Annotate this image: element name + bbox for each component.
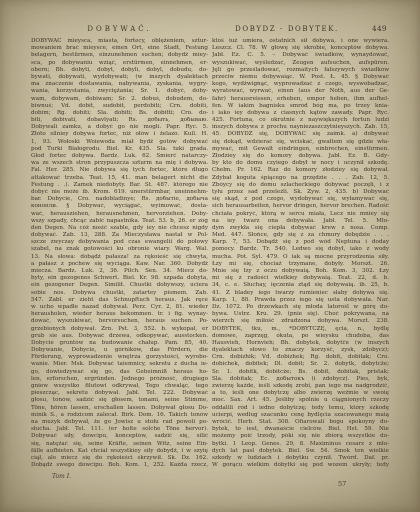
text-line: конопли. § Dobywać, wyciągać, wyimować, … (31, 203, 208, 210)
text-line: gniew wszystko filutowi odkrywał, Tego c… (31, 383, 208, 390)
text-line: minik S., a rodzicom zalecał. Birk. Dom.… (31, 412, 208, 419)
volume-label: Tom I. (52, 473, 71, 480)
text-line: wa ze wszech stron przypuszcza szturm na… (31, 160, 208, 167)
text-line: go, dowiedzywać się go, das Geheimniß he… (31, 369, 208, 376)
text-line: Sr. 1. dobitk, dobitcže; Bs. dobit, dobi… (212, 369, 389, 376)
text-line: Karp. 7, 53. Dobądź się z pod wód Neptun… (212, 239, 389, 246)
text-line: Förderung, wyprowadzenie wnętrza gorzyst… (31, 354, 208, 361)
text-line: sobie nos. Dobywa chustki, zatartey pism… (31, 290, 208, 297)
text-line: ucierpi, według szacunku cenę bydlęcia s… (212, 412, 389, 419)
text-line: 13. Na słowa: dobądź pałasza! za rękoieś… (31, 254, 208, 261)
text-line: obern; Bh. dobyti, dobyt, dobyli, dobyl,… (31, 67, 208, 74)
text-line: Złodziey się do komory dobywa. Jabł. Ez.… (212, 153, 389, 160)
text-line: się, natężać się, seine Kräfte, seinen W… (31, 441, 208, 448)
text-line: Leszcz. Cl. 78. W głowę się skrobie, kon… (212, 45, 389, 52)
text-line: wam, dobywam, dobiwam; Sr. 2. dobuś, dob… (31, 96, 208, 103)
text-line: 425. Fortuna, co okrutnie z naywiększych… (212, 117, 389, 124)
text-line: dobichek, dobitek; Dl. dobit; Sr. 2. dob… (212, 361, 389, 368)
right-column: ktoś iuż umiera, ostatnich sił dobywa, i… (212, 38, 389, 469)
text-line: mi się z radości wielkiey dobywaią. Teat… (212, 275, 389, 282)
text-line: bywati, dobýwati, wydobywati; (w inszych… (31, 74, 208, 81)
text-line: domowe, zaprzęg, okuta, po wieysku chudo… (212, 333, 389, 340)
text-line: dym zwykła się ciepła dobywać krew z nos… (212, 225, 389, 232)
text-line: W gorącu wielkim dobytki się pod wozem u… (212, 462, 389, 469)
text-line: na iey twarz ona dobywała. Jabł. Tel. 5.… (212, 218, 389, 225)
text-line: pieszcząc, sekretu dobywał. Jabł. Tel. 2… (31, 390, 208, 397)
text-line: Dobywanie, Dobycie, u górników, das Förd… (31, 347, 208, 354)
text-line: dować, wyszukiwać, hervorsuchen, heraus … (31, 318, 208, 325)
page-number: 449 (372, 25, 387, 33)
text-line: wanie. Mier. Msk. Dobywać taiemnicy, sek… (31, 361, 208, 368)
text-line: i iako iey dobywa z ciasnych kątów zawad… (212, 110, 389, 117)
text-columns: DOBYWAĆ mieysca, miasta, fortecy, oblęże… (31, 38, 389, 469)
text-line: by kto do domu czyiego dobył w nocy i uc… (212, 160, 389, 167)
text-line: wania, korzystania, zwyciężania; Sr. 1. … (31, 88, 208, 95)
text-line: Zdybał koguta śpiącego na grzędzie . . .… (212, 175, 389, 182)
text-line: den Degen. Na cóż nosić szable, gdy iey … (31, 225, 208, 232)
text-line: moc. Sax. Art. 45. Jeśliby spólnie u cią… (212, 397, 389, 404)
text-line: mywać, mit Gewalt eindringen, einbrechen… (212, 146, 389, 153)
text-line: ktoś iuż umiera, ostatnich sił dobywa, i… (212, 38, 389, 45)
text-line: Crn. dobizhik; Vd. dobizhek; Rg. dobit, … (212, 354, 389, 361)
text-line: Zbóycy się do domu szlacheckiego dobywać… (212, 182, 389, 189)
text-line: bar. Dobycie, Cro. nadobladinye; Rs. доб… (31, 196, 208, 203)
text-line: grzebionych dobywał. Zrn. Pst. 3, 552. b… (31, 326, 208, 333)
running-title-right: DOBYDZ - DOBYTEK. (212, 25, 362, 33)
text-line: zwierzę każde, ieśli szkodę zrobi, pan i… (212, 383, 389, 390)
text-line: wszy szpady, chcąc zabić napastnika. Tea… (31, 218, 208, 225)
text-line: Dobywali zamku, a dobyć go nie mogli. Pa… (31, 124, 208, 131)
text-line: len, erforschen, ergründen. Jednego próż… (31, 376, 208, 383)
text-line: 45. DOBYDZ się, DOBYWAĆ się zaimk. a) do… (212, 131, 389, 138)
text-line: bywa. Ustrz. Kru. 29. (pnie się). Choć p… (212, 311, 389, 318)
text-line: Mnie się łzy z oczu dobywaią. Boh. Kom. … (212, 268, 389, 275)
scanned-dictionary-page: DOBYWAĆ. DOBYDZ - DOBYTEK. 449 DOBYWAĆ m… (0, 0, 420, 512)
text-line: fen. W iakim bagnisku smród bóg ma, po t… (212, 103, 389, 110)
text-line: wyratować, wyrwać, einen (aus der Noth, … (212, 88, 389, 95)
text-line: szcze zwyczay dobywania pod czas ewangel… (31, 239, 208, 246)
text-line: się dokąd, wdzierać się, wciskać, gwałte… (212, 139, 389, 146)
text-line: mucha. Pot. Syl. 479. O iak są mocne prz… (212, 254, 389, 261)
text-line: dobim; Rg. dobiti; Sla. dobiti; Bs. dobi… (31, 110, 208, 117)
text-line: sca, po dobywaniu wziąć, erstürmen, einn… (31, 60, 208, 67)
text-line: Dz. 1072. Po drzewkach się młoda latoroś… (212, 304, 389, 311)
text-line: wyszukiwać, wyśledzać, Zeugen aufsuchen,… (212, 60, 389, 67)
text-line: Dobycie gruntów na budowanie chałup. Pam… (31, 340, 208, 347)
text-line: inszych dobywa z prochu nayniezaszczytni… (212, 124, 389, 131)
text-line: wierzch się miłość zdradzona dobywa. Mor… (212, 318, 389, 325)
text-line: sich herausarbeiten, hervor dringen, her… (212, 203, 389, 210)
text-line: Dobądź swego dowcipu. Boh. Kom. 1, 252. … (31, 462, 208, 469)
text-line: Dobywać siły, dowcipu, konceptów, sadzić… (31, 433, 208, 440)
text-line: dyalektach słowo to znaczy korzyść, zysk… (212, 347, 389, 354)
sheet-signature: 57 (338, 480, 346, 488)
text-line: szabel, na znak gotowości ku obronie wia… (31, 246, 208, 253)
text-line: Hausvieh, Hornvieh; Bh. dobytek, dobytče… (212, 340, 389, 347)
text-line: herausholen, wieder heraus bekommen. tr.… (31, 311, 208, 318)
text-line: Töne, hören lassen, erschallen lassen. D… (31, 405, 208, 412)
text-line: chciała pokryć, którą w sercu miała, Lec… (212, 211, 389, 218)
text-line: dobyć nie może ib. Krom. 619. unerstürmb… (31, 189, 208, 196)
text-line: oddalili ród i iedno dobytczę; tedy temu… (212, 405, 389, 412)
text-line: grub sie aus. Dobywać drzewa, odkopywać,… (31, 333, 208, 340)
text-line: pod Turki Białogrodu. Biel. Kr. 435. Sla… (31, 146, 208, 153)
text-line: przeciw niemu dobywaiąc. W. Post. Ł. 45.… (212, 74, 389, 81)
text-line: Med. 447. Słońce, gdy się z za chmury do… (212, 232, 389, 239)
text-line: pomocy. Bardz. Tr. 540. Ledwo się dobył,… (212, 246, 389, 253)
text-line: bytek, to iest, dwanaście cielców. Biel.… (212, 426, 389, 433)
left-column: DOBYWAĆ mieysca, miasta, fortecy, oblęże… (31, 38, 208, 469)
text-line: fälle aufbieten. Kat chciał wszystkiey s… (31, 448, 208, 455)
text-line: fahr) herausreissen, erheben, empor hebe… (212, 96, 389, 103)
text-line: Fal. Her. 285. Nie dobywa się tych forte… (31, 167, 208, 174)
text-line: DOBYTEK, tku, m., *DOBYTCZĘ, ęcia, n., b… (212, 326, 389, 333)
text-line: ciął, ale miecz się do rękoieści skrzywi… (31, 455, 208, 462)
text-line: Festung . .). Zamek niedobyty. Bar. St. … (31, 182, 208, 189)
text-line: bytki. 1 Leop. Genes. 29, 8. Maximinus c… (212, 441, 389, 448)
text-line: Chełm. Pr. 162. Raz do komory złodziey s… (212, 167, 389, 174)
text-line: wać, herausziehen, herausnehmen, hervorz… (31, 211, 208, 218)
text-line: głosu, tonów, sadzić się głosem, tonami,… (31, 397, 208, 404)
text-line: biti, dobivati, dobavlyati; Rs. добыть, … (31, 117, 208, 124)
text-line: Łzy mi się, chociaż trzymane, dobyły. Mo… (212, 261, 389, 268)
text-line: a to, ieśli one dobytczę albo zwierzę we… (212, 390, 389, 397)
text-line: Sla. dobitak; Ec. добытокъ (i zdobycz). … (212, 376, 389, 383)
text-line: się skąd, z pod czego, wydobywać się, wy… (212, 196, 389, 203)
text-line: w ucho wpadłe nazad dobywał. Perz. Cyr. … (31, 304, 208, 311)
text-line: mowaniem brać mieysce, einen Ort, eine S… (31, 45, 208, 52)
text-line: belagern, bestürmen, einzunehmen suchen;… (31, 52, 208, 59)
running-head: DOBYWAĆ. DOBYDZ - DOBYTEK. 449 (31, 25, 389, 35)
text-line: attakować trzeba. Teat. 15, 41. man bela… (31, 175, 208, 182)
text-line: biwnuś; Vd. dobit, sudobit, perdobiti; C… (31, 103, 208, 110)
text-line: 41. Z bladey iego twarzy rumieniec słaby… (212, 290, 389, 297)
text-line: 1, 93. Wołoski Woiewoda miał bydź gotów … (31, 139, 208, 146)
text-line: tyłu przez sad przeleźli. Sk. Żyw. 2, 43… (212, 189, 389, 196)
text-line: możemy poić trzody, póki się nie zbiorą … (212, 433, 389, 440)
text-line: słucha. Jabł. Tel. 111. (er holte solche… (31, 426, 208, 433)
text-line: na muzyk dobywał, że go Jowisz u stołu r… (31, 419, 208, 426)
text-line: ein gezogener Degen. Similit. Chustki do… (31, 282, 208, 289)
running-title-left: DOBYWAĆ. (31, 25, 208, 33)
text-line: a pałasz z pochew się wyciąga. Kaw. Nar.… (31, 261, 208, 268)
text-line: DOBYWAĆ mieysca, miasta, fortecy, oblęże… (31, 38, 208, 45)
text-line: 547. Zabł. er zieht das Schnupftuch hera… (31, 297, 208, 304)
text-line: Jabł. Ez. C. 5. – Dobywać świadków, wyna… (212, 52, 389, 59)
text-line: szkody w ludziach i dobytku czynił. Twór… (212, 455, 389, 462)
text-line: Karp. 1, 88. Prawda przez iego się usta … (212, 297, 389, 304)
text-line: Złoto silniey dobywa fortec, niż ołów i … (31, 131, 208, 138)
text-line: wrócić. Herb. Stat. 308. Ofiarowali bogu… (212, 419, 389, 426)
text-line: byty, ein gezogenes Schwert. Biel. Kr. 9… (31, 275, 208, 282)
text-line: kogo, wydźwignąć, wyprowadzać z czego, w… (212, 81, 389, 88)
text-line: dobywać. Zab. 13, 288. Za Mieczysława na… (31, 232, 208, 239)
text-line: ma znaczenie dostawania, nabywania, zysk… (31, 81, 208, 88)
text-line: miecza. Bardz. Luk. 2, 36. Pilch. Sen. 3… (31, 268, 208, 275)
text-line: Głod fortec dobywa. Bardz. Luk. 62. Śmie… (31, 153, 208, 160)
text-line: dych lat pasł dobytek. Biel. Św. 54. Smo… (212, 448, 389, 455)
text-line: Jęli go prześladować, rozmaitych fałszyw… (212, 67, 389, 74)
text-line: 34, c. e. Słuchay, ięczenia ztąd się dob… (212, 282, 389, 289)
